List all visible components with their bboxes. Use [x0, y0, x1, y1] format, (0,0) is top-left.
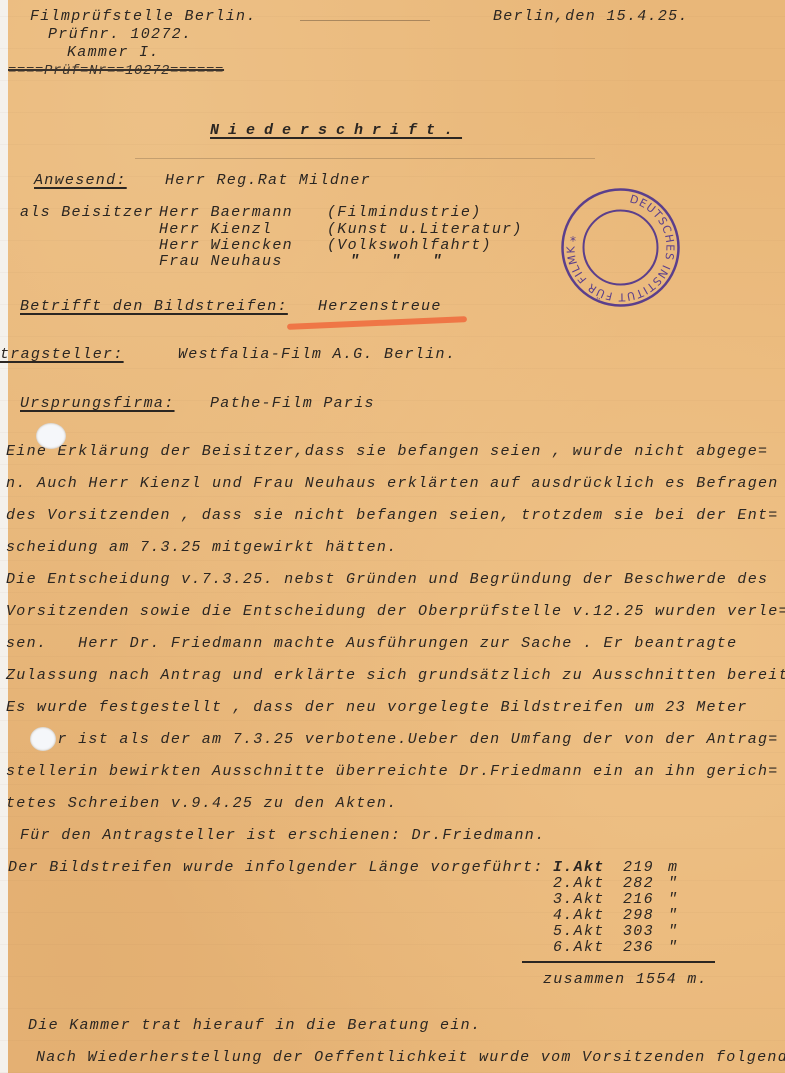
paragraph-line: des Vorsitzenden , dass sie nicht befang… [6, 507, 779, 525]
ditto-marks: " " " [350, 253, 443, 271]
origin-value: Pathe-Film Paris [210, 395, 375, 413]
chamber: Kammer I. [67, 44, 160, 62]
act-length: 236 [623, 939, 654, 957]
origin-label: Ursprungsfirma: [6, 395, 175, 413]
office-name: Filmprüfstelle Berlin. [30, 8, 257, 26]
red-pencil-underline [287, 316, 467, 330]
paragraph-line: Es wurde festgestellt , dass der neu vor… [6, 699, 748, 717]
applicant-value: Westfalia-Film A.G. Berlin. [178, 346, 456, 364]
struck-exam-line: ====Prüf=Nr==10272====== [8, 62, 224, 80]
closing-line: Nach Wiederherstellung der Oeffentlichke… [36, 1049, 785, 1067]
assessor-name: Herr Baermann [159, 204, 293, 222]
document-title: Niederschrift. [210, 122, 462, 140]
paragraph-line: n. Auch Herr Kienzl und Frau Neuhaus erk… [6, 475, 779, 493]
chair-name: Herr Reg.Rat Mildner [165, 172, 371, 190]
punch-hole [36, 423, 66, 449]
paragraph-line: scheidung am 7.3.25 mitgewirkt hätten. [6, 539, 397, 557]
paragraph-line: Eine Erklärung der Beisitzer,dass sie be… [6, 443, 768, 461]
paragraph-line: sen. Herr Dr. Friedmann machte Ausführun… [6, 635, 737, 653]
paragraph-line: Die Entscheidung v.7.3.25. nebst Gründen… [6, 571, 768, 589]
assessor-affiliation: (Filmindustrie) [327, 204, 482, 222]
paragraph-line: stellerin bewirkten Ausschnitte überreic… [6, 763, 779, 781]
exam-number: Prüfnr. 10272. [48, 26, 192, 44]
place-date: Berlin,den 15.4.25. [493, 8, 689, 26]
paragraph-line: Vorsitzenden sowie die Entscheidung der … [6, 603, 785, 621]
title-dash [135, 158, 595, 159]
act-label: 6.Akt [553, 939, 605, 957]
lengths-intro: Der Bildstreifen wurde infolgender Länge… [8, 859, 544, 877]
institute-stamp-icon: DEUTSCHES INSTITUT FÜR FILMKUNDE E.V. * [558, 185, 683, 310]
punch-hole [30, 727, 56, 751]
paragraph-line: Zulassung nach Antrag und erklärte sich … [6, 667, 785, 685]
header-dash [300, 20, 430, 21]
total-length: zusammen 1554 m. [543, 971, 708, 989]
paragraph-line: tetes Schreiben v.9.4.25 zu den Akten. [6, 795, 397, 813]
assessor-name: Frau Neuhaus [159, 253, 283, 271]
subject-label: Betrifft den Bildstreifen: [6, 298, 288, 316]
applicant-label: tragsteller: [0, 346, 124, 364]
svg-text:*: * [570, 234, 576, 248]
sum-rule [522, 961, 715, 963]
scan-edge [0, 0, 8, 1073]
paragraph-line: zer ist als der am 7.3.25 verbotene.Uebe… [6, 731, 779, 749]
appearance-line: Für den Antragsteller ist erschienen: Dr… [20, 827, 545, 845]
assessors-label: als Beisitzer [20, 204, 154, 222]
closing-line: Die Kammer trat hierauf in die Beratung … [28, 1017, 481, 1035]
film-title: Herzenstreue [318, 298, 442, 316]
act-unit: " [668, 939, 678, 957]
attendance-label: Anwesend: [6, 172, 127, 190]
